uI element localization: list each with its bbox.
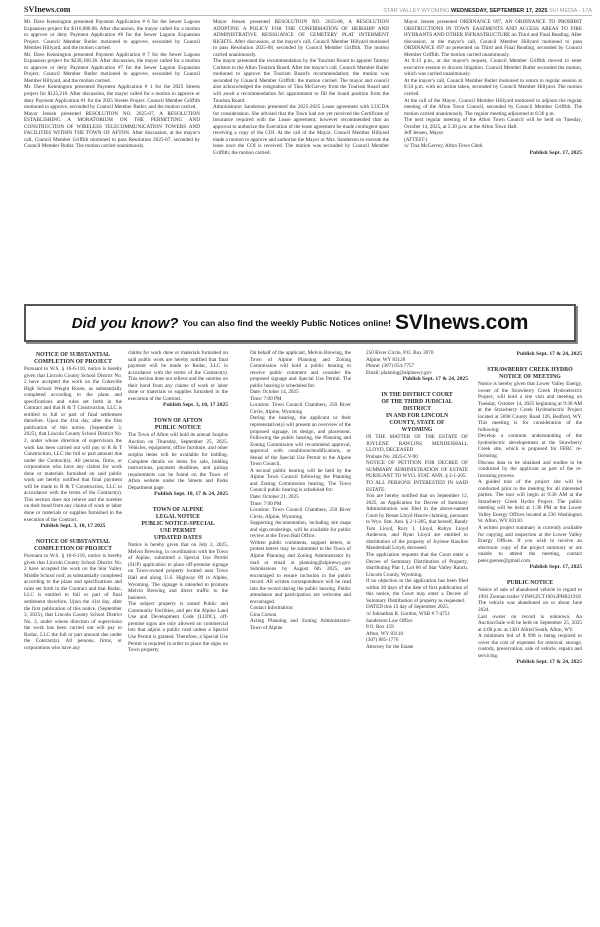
notice-title: NOTICE OF SUBSTANTIAL COMPLETION OF PROJ… — [24, 539, 122, 553]
notice-body: Supporting documentation, including site… — [250, 520, 351, 540]
notice-title: TOWN OF ALPINE LEGAL NOTICE PUBLIC NOTIC… — [128, 507, 228, 542]
notice-body: Develop a common understanding of the hy… — [478, 433, 582, 459]
minutes-paragraph: The mayor presented the recommendation b… — [213, 58, 389, 104]
publish-date: Publish Sept. 3, 10, 17 2025 — [24, 523, 122, 530]
header-date: WEDNESDAY, SEPTEMBER 17, 2025 — [451, 8, 547, 14]
notice-body: Notice is hereby given that on July 2, 2… — [128, 542, 228, 601]
notice-body: If no objection to the application has b… — [366, 578, 468, 604]
notice-title: TOWN OF AFTON PUBLIC NOTICE — [128, 418, 228, 432]
publish-date: Publish Sept. 10, 17 & 24, 2025 — [128, 491, 228, 498]
notice-body: A written project summary is currently a… — [478, 525, 582, 564]
petition-title: NOTICE OF PETITION FOR DECREE OF SUMMARY… — [366, 460, 468, 480]
minutes-paragraph: At the call of the Mayor, Council Member… — [404, 98, 582, 118]
masthead: SVInews.com — [24, 5, 70, 14]
notice-title: IN THE DISTRICT COURT OF THE THIRD JUDIC… — [366, 392, 468, 434]
addressee: TO ALL PERSONS INTERESTED IN SAID ESTATE… — [366, 480, 468, 493]
notice-body: claims for work done or materials furnis… — [128, 350, 228, 402]
notice-body: A second public hearing will be held by … — [250, 468, 351, 494]
minutes-paragraph: Mayor Jensen presented RESOLUTION NO. 20… — [213, 19, 389, 58]
notice-body: Written public comments, support letters… — [250, 540, 351, 605]
notice-body: On behalf of the applicant, Melvin Brewi… — [250, 350, 351, 389]
publish-date: Publish Sept. 17, 2025 — [404, 150, 582, 157]
notice-body: A guided tour of the project site will b… — [478, 479, 582, 525]
publish-date: Publish Sept. 17, 2025 — [478, 564, 582, 571]
publish-date: Publish Sept. 17 & 24, 2025 — [478, 351, 582, 358]
notice-body: During the hearing, the applicant or the… — [250, 415, 351, 467]
page-header: SVInews.com STAR VALLEY WYOMING WEDNESDA… — [24, 2, 592, 16]
notice-body: Last owner on record is unknown. An Auct… — [478, 614, 582, 634]
publish-date: Publish Sept. 17 & 24, 2025 — [478, 659, 582, 666]
did-you-know-banner: Did you know? You can also find the week… — [24, 304, 576, 342]
minutes-column-1: Mr. Dave Kennington presented Payment Ap… — [24, 19, 200, 150]
hearing-location: Location: Town Council Chambers, 250 Riv… — [250, 402, 351, 415]
notice-body: The Town of Afton will hold its annual S… — [128, 432, 228, 491]
notice-body: Pursuant to W.S. § 16-6-116, notice is h… — [24, 366, 122, 523]
minutes-column-3: Mayor Jensen presented ORDINANCE 697, AN… — [404, 19, 582, 157]
minutes-paragraph: At 8:13 p.m., at the mayor's request, Co… — [404, 58, 582, 78]
header-section: SVI MEDIA - 17A — [549, 8, 592, 14]
minutes-paragraph: The next regular meeting of the Afton To… — [404, 117, 582, 130]
notice-body: You are hereby notified that on Septembe… — [366, 493, 468, 552]
notices-column-1: NOTICE OF SUBSTANTIAL COMPLETION OF PROJ… — [24, 350, 122, 651]
attorney-role: Attorney for the Estate — [366, 644, 468, 651]
banner-site-link[interactable]: SVInews.com — [395, 311, 528, 335]
publish-date: Publish Sept. 3, 10, 17 2025 — [128, 402, 228, 409]
notices-column-5: Publish Sept. 17 & 24, 2025 STRAWBERRY C… — [478, 350, 582, 666]
hearing-location: Location: Town Council Chambers, 250 Riv… — [250, 507, 351, 520]
notice-body: The application requests that the Court … — [366, 552, 468, 578]
minutes-paragraph: Mr. Dave Kennington presented Payment Ap… — [24, 52, 200, 85]
publish-date: Publish Sept. 17 & 24, 2025 — [366, 376, 468, 383]
minutes-column-2: Mayor Jensen presented RESOLUTION NO. 20… — [213, 19, 389, 156]
banner-message: You can also find the weekly Public Noti… — [182, 318, 391, 328]
minutes-paragraph: Mr. Dave Kennington presented Payment Ap… — [24, 84, 200, 110]
notice-body: Notice is hereby given that Lower Valley… — [478, 381, 582, 433]
contact-title: Acting Planning and Zoning Administrator… — [250, 618, 351, 631]
minutes-paragraph: Mr. Dave Kennington presented Payment Ap… — [24, 19, 200, 52]
estate-matter: IN THE MATTER OF THE ESTATE OF JOYLENE R… — [366, 434, 468, 454]
notice-body: A minimum bid of $ 998 is being required… — [478, 633, 582, 659]
notice-body: The subject property is zoned Public and… — [128, 601, 228, 653]
header-location: STAR VALLEY WYOMING — [383, 8, 449, 14]
notices-column-3: On behalf of the applicant, Melvin Brewi… — [250, 350, 351, 632]
banner-headline: Did you know? — [72, 315, 179, 332]
notices-column-4: 250 River Circle, P.O. Box 3070 Alpine, … — [366, 350, 468, 650]
minutes-paragraph: Mayor Jensen presented RESOLUTION NO. 20… — [24, 111, 200, 150]
header-info: STAR VALLEY WYOMING WEDNESDAY, SEPTEMBER… — [383, 8, 592, 14]
minutes-paragraph: At the mayor's call, Council Member Butl… — [404, 78, 582, 98]
notice-title: STRAWBERRY CREEK HYDRO NOTICE OF MEETING — [478, 367, 582, 381]
notice-body: Pursuant to W.S. § 16-6-116, notice is h… — [24, 553, 122, 651]
notice-title: NOTICE OF SUBSTANTIAL COMPLETION OF PROJ… — [24, 352, 122, 366]
notices-column-2: claims for work done or materials furnis… — [128, 350, 228, 654]
minutes-paragraph: Administrator Sanderson presented the 20… — [213, 104, 389, 156]
notice-body: Notice of sale of abandoned vehicle in r… — [478, 587, 582, 613]
notice-body: Discuss data to be obtained and studies … — [478, 460, 582, 480]
minutes-paragraph: Mayor Jensen presented ORDINANCE 697, AN… — [404, 19, 582, 58]
